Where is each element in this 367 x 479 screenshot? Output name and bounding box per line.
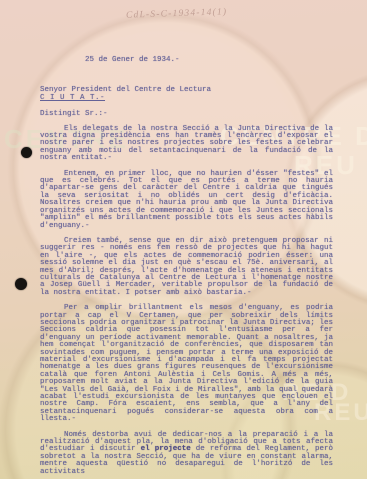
date-line: 25 de Gener de 1934.- bbox=[85, 57, 333, 64]
scanned-letter-page: CENTRE CENTRE DE L REU RE D REU CdL-S-C-… bbox=[0, 0, 367, 479]
archive-reference-handwritten: CdL-S-C-1934-14(1) bbox=[126, 7, 228, 21]
typed-letter-body: 25 de Gener de 1934.- Senyor President d… bbox=[40, 57, 333, 476]
letter-paragraph: Els delegats de la nostra Secció a la Ju… bbox=[40, 126, 333, 163]
letter-paragraph: Entenem, en primer lloc, que no haurien … bbox=[40, 171, 333, 230]
letter-final-paragraph: Només destorba avui de dedicar-nos a la … bbox=[40, 432, 333, 476]
salutation: Distingit Sr.:- bbox=[40, 111, 333, 118]
letter-paragraph: Per a omplir brillantment els mesos d'en… bbox=[40, 305, 333, 424]
letter-paragraph: Creiem també, sense que en dir això pret… bbox=[40, 238, 333, 297]
hole-punch bbox=[15, 278, 27, 290]
hole-punch bbox=[21, 147, 32, 158]
recipient-city-line: C I U T A T.- bbox=[40, 95, 333, 102]
